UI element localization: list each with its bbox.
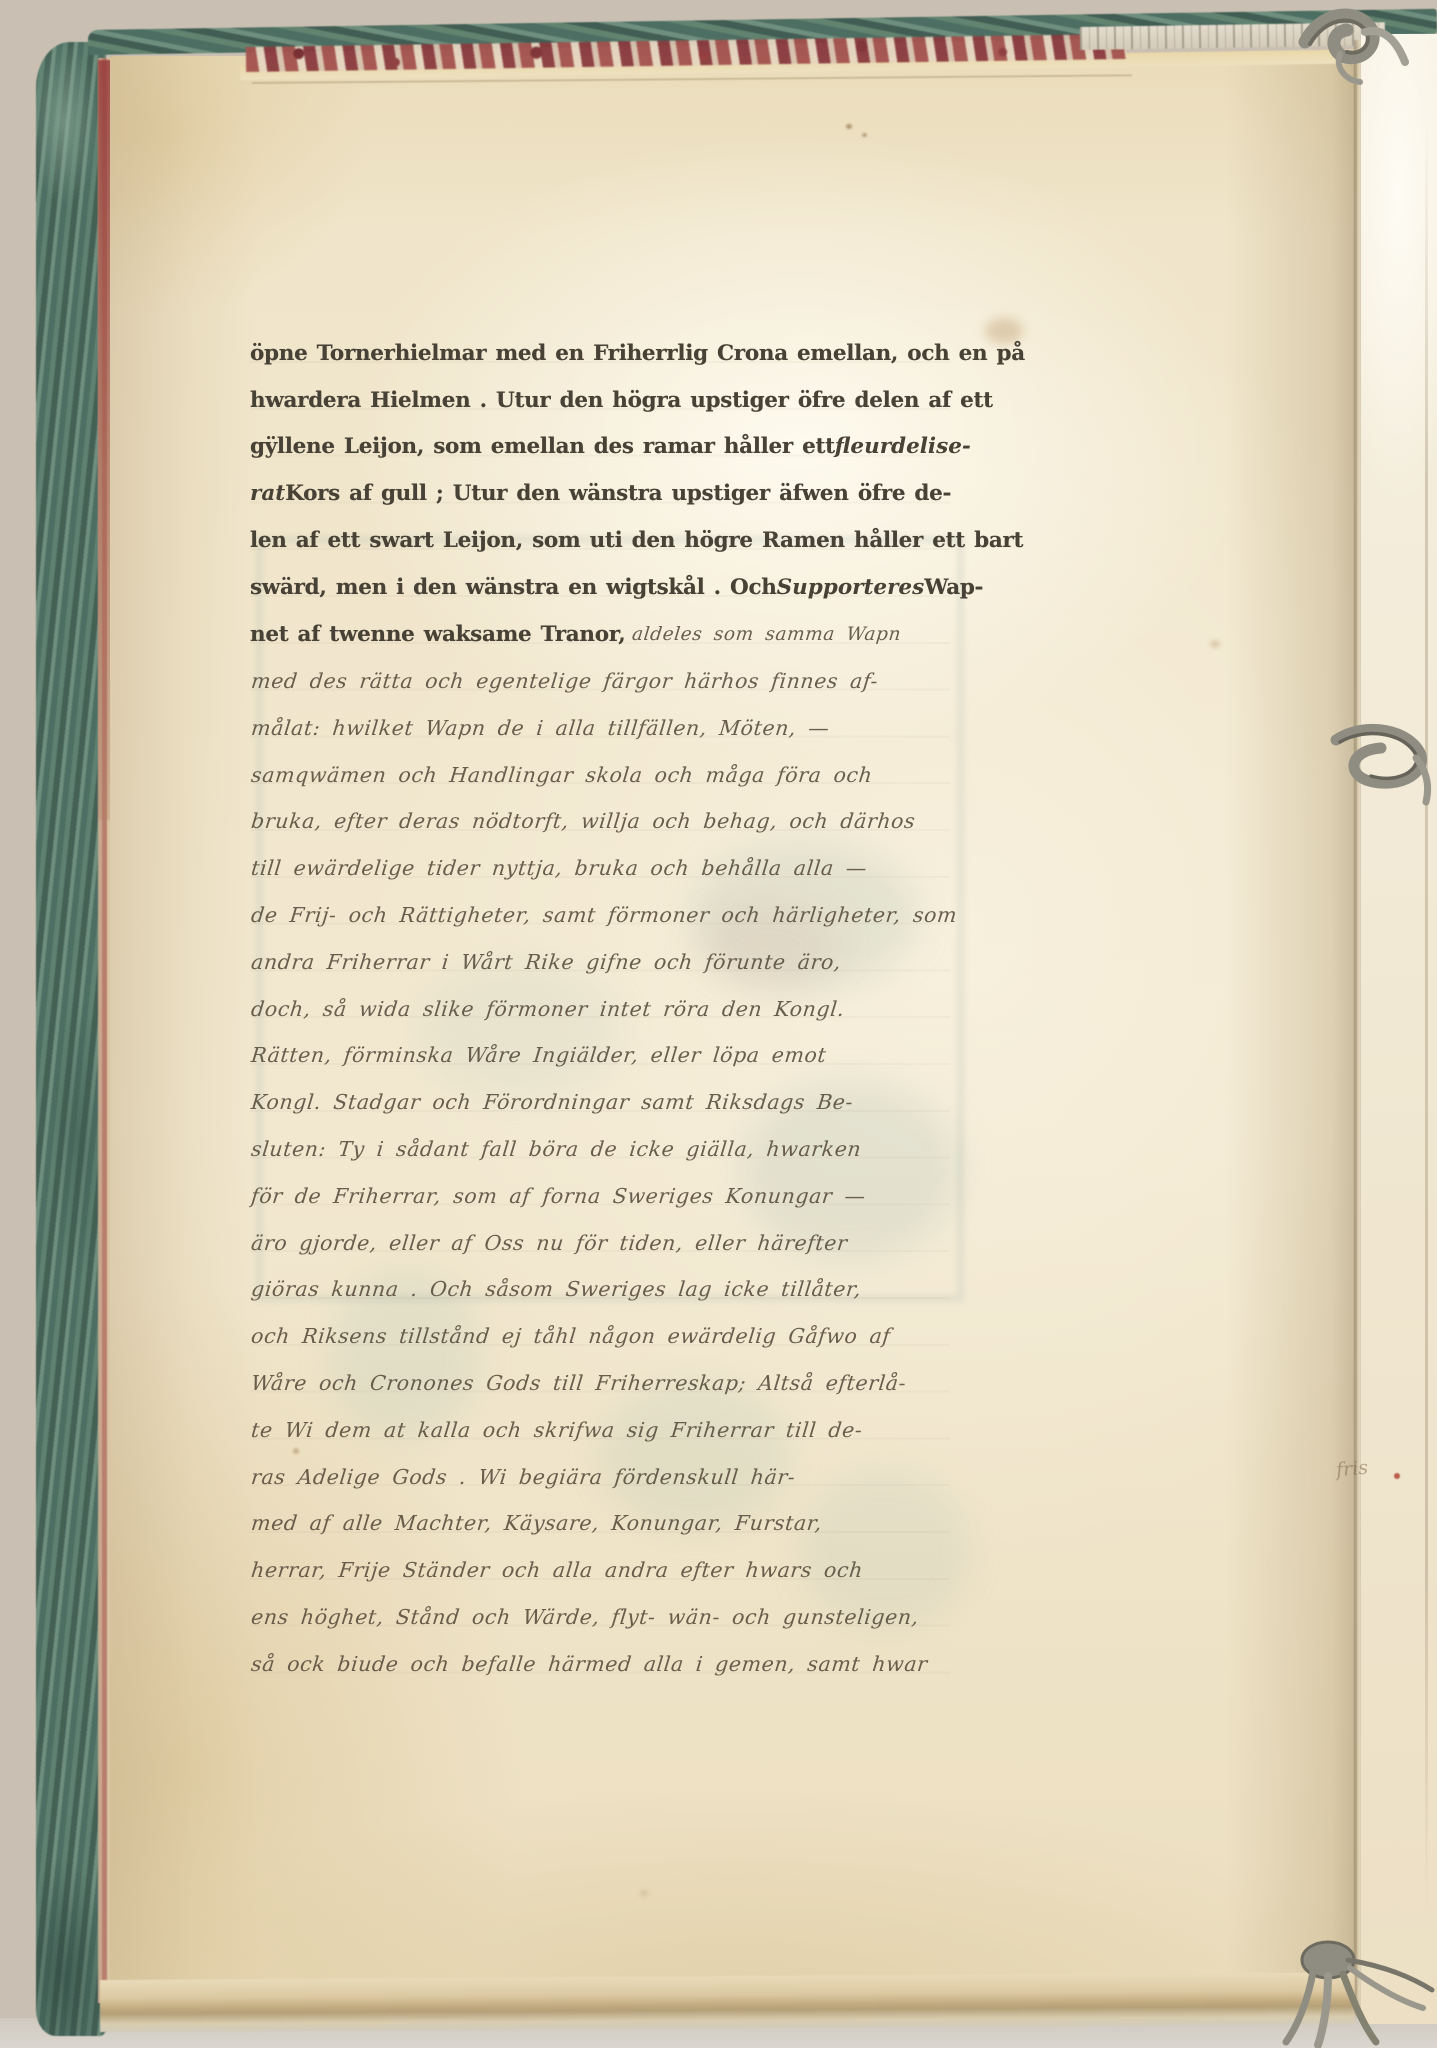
- manuscript-line: giöras kunna . Och såsom Sweriges lag ic…: [250, 1266, 950, 1313]
- manuscript-line: andra Friherrar i Wårt Rike gifne och fö…: [250, 938, 950, 985]
- next-leaf-edge-line: [1425, 120, 1428, 1920]
- manuscript-text-cursive: ras Adelige Gods . Wi begiära fördenskul…: [250, 1465, 797, 1489]
- manuscript-line: doch, så wida slike förmoner intet röra …: [250, 985, 950, 1032]
- manuscript-text-fraktur: Wap-: [924, 575, 983, 600]
- manuscript-line: hwardera Hielmen . Utur den högra upstig…: [250, 377, 950, 424]
- manuscript-text-cursive: herrar, Frije Ständer och alla andra eft…: [250, 1558, 864, 1582]
- manuscript-text-cursive: ens höghet, Stånd och Wärde, flyt- wän- …: [250, 1605, 920, 1629]
- manuscript-text-cursive: och Riksens tillstånd ej tåhl någon ewär…: [250, 1324, 892, 1348]
- green-velvet-cover-left-edge: [36, 42, 106, 2036]
- manuscript-line: med af alle Machter, Käysare, Konungar, …: [250, 1500, 950, 1547]
- gutter-shading: [1225, 56, 1357, 2001]
- page-stack-bottom-edge: [100, 1972, 1355, 2032]
- manuscript-line: Rätten, förminska Wåre Ingiälder, eller …: [250, 1032, 950, 1079]
- manuscript-line: swärd, men i den wänstra en wigtskål . O…: [250, 564, 950, 611]
- manuscript-line: sluten: Ty i sådant fall böra de icke gi…: [250, 1126, 950, 1173]
- manuscript-text-cursive: de Frij- och Rättigheter, samt förmoner …: [250, 903, 958, 927]
- manuscript-line: net af twenne waksame Tranor, aldeles so…: [250, 611, 950, 658]
- foxing-stain: [640, 1890, 648, 1896]
- manuscript-text-cursive: så ock biude och befalle härmed alla i g…: [250, 1652, 929, 1676]
- manuscript-line: för de Friherrar, som af forna Sweriges …: [250, 1172, 950, 1219]
- manuscript-text-cursive: Rätten, förminska Wåre Ingiälder, eller …: [250, 1043, 828, 1067]
- scanned-book-page: öpne Tornerhielmar med en Friherrlig Cro…: [0, 0, 1437, 2048]
- manuscript-text-fraktur: net af twenne waksame Tranor,: [250, 622, 625, 647]
- manuscript-line: de Frij- och Rättigheter, samt förmoner …: [250, 892, 950, 939]
- manuscript-text-cursive: med des rätta och egentelige färgor härh…: [250, 669, 879, 693]
- manuscript-line: öpne Tornerhielmar med en Friherrlig Cro…: [250, 330, 950, 377]
- manuscript-line: och Riksens tillstånd ej tåhl någon ewär…: [250, 1313, 950, 1360]
- manuscript-text-cursive: Wåre och Cronones Gods till Friherreskap…: [250, 1371, 907, 1395]
- manuscript-line: Kongl. Stadgar och Förordningar samt Rik…: [250, 1079, 950, 1126]
- manuscript-text-cursive: sluten: Ty i sådant fall böra de icke gi…: [250, 1137, 863, 1161]
- manuscript-text-fraktur: öpne Tornerhielmar med en Friherrlig Cro…: [250, 341, 1025, 366]
- page-left-shading: [110, 56, 260, 2001]
- manuscript-text-latin: fleurdelise-: [835, 434, 971, 459]
- manuscript-line: ras Adelige Gods . Wi begiära fördenskul…: [250, 1453, 950, 1500]
- foxing-stain: [846, 124, 852, 129]
- manuscript-text-fraktur: swärd, men i den wänstra en wigtskål . O…: [250, 575, 777, 600]
- manuscript-text-fraktur: len af ett swart Leijon, som uti den hög…: [250, 528, 1023, 553]
- manuscript-text-fraktur: hwardera Hielmen . Utur den högra upstig…: [250, 388, 993, 413]
- binding-tie-bottom-tassel: [1268, 1930, 1437, 2048]
- red-ink-speck: [1394, 1473, 1400, 1479]
- manuscript-line: herrar, Frije Ständer och alla andra eft…: [250, 1547, 950, 1594]
- manuscript-line: ens höghet, Stånd och Wärde, flyt- wän- …: [250, 1594, 950, 1641]
- manuscript-text-cursive: giöras kunna . Och såsom Sweriges lag ic…: [250, 1277, 863, 1301]
- manuscript-text-cursive: doch, så wida slike förmoner intet röra …: [250, 997, 846, 1021]
- manuscript-line: len af ett swart Leijon, som uti den hög…: [250, 517, 950, 564]
- manuscript-line: samqwämen och Handlingar skola och måga …: [250, 751, 950, 798]
- manuscript-text-cursive: till ewärdelige tider nyttja, bruka och …: [250, 856, 868, 880]
- marginal-mark: fris: [1335, 1457, 1369, 1482]
- manuscript-line: Wåre och Cronones Gods till Friherreskap…: [250, 1360, 950, 1407]
- manuscript-line: bruka, efter deras nödtorft, willja och …: [250, 798, 950, 845]
- manuscript-text-cursive: andra Friherrar i Wårt Rike gifne och fö…: [250, 950, 842, 974]
- manuscript-text-latin: rat: [250, 481, 285, 506]
- manuscript-line: te Wi dem at kalla och skrifwa sig Frihe…: [250, 1406, 950, 1453]
- manuscript-line: till ewärdelige tider nyttja, bruka och …: [250, 845, 950, 892]
- manuscript-line: rat Kors af gull ; Utur den wänstra upst…: [250, 470, 950, 517]
- manuscript-text-latin: Supporteres: [777, 575, 925, 600]
- manuscript-text-cursive: aldeles som samma Wapn: [631, 624, 902, 645]
- manuscript-text-cursive: äro gjorde, eller af Oss nu för tiden, e…: [250, 1231, 849, 1255]
- text-block: öpne Tornerhielmar med en Friherrlig Cro…: [250, 330, 950, 1687]
- manuscript-text-cursive: målat: hwilket Wapn de i alla tillfällen…: [250, 716, 831, 740]
- manuscript-line: äro gjorde, eller af Oss nu för tiden, e…: [250, 1219, 950, 1266]
- manuscript-line: så ock biude och befalle härmed alla i g…: [250, 1640, 950, 1687]
- manuscript-text-fraktur: gÿllene Leijon, som emellan des ramar hå…: [250, 434, 835, 459]
- manuscript-text-cursive: för de Friherrar, som af forna Sweriges …: [250, 1184, 867, 1208]
- manuscript-line: gÿllene Leijon, som emellan des ramar hå…: [250, 424, 950, 471]
- manuscript-line: målat: hwilket Wapn de i alla tillfällen…: [250, 704, 950, 751]
- binding-tie-top-tassel: [1285, 2, 1415, 92]
- manuscript-line: med des rätta och egentelige färgor härh…: [250, 658, 950, 705]
- manuscript-text-fraktur: Kors af gull ; Utur den wänstra upstiger…: [285, 481, 951, 506]
- foxing-stain: [1210, 640, 1220, 648]
- binding-tie-middle-cord: [1326, 710, 1436, 810]
- manuscript-text-cursive: med af alle Machter, Käysare, Konungar, …: [250, 1511, 823, 1535]
- manuscript-text-cursive: samqwämen och Handlingar skola och måga …: [250, 763, 874, 787]
- foxing-stain: [862, 133, 867, 137]
- manuscript-text-cursive: Kongl. Stadgar och Förordningar samt Rik…: [250, 1090, 854, 1114]
- manuscript-text-cursive: te Wi dem at kalla och skrifwa sig Frihe…: [250, 1418, 864, 1442]
- manuscript-text-cursive: bruka, efter deras nödtorft, willja och …: [250, 809, 917, 833]
